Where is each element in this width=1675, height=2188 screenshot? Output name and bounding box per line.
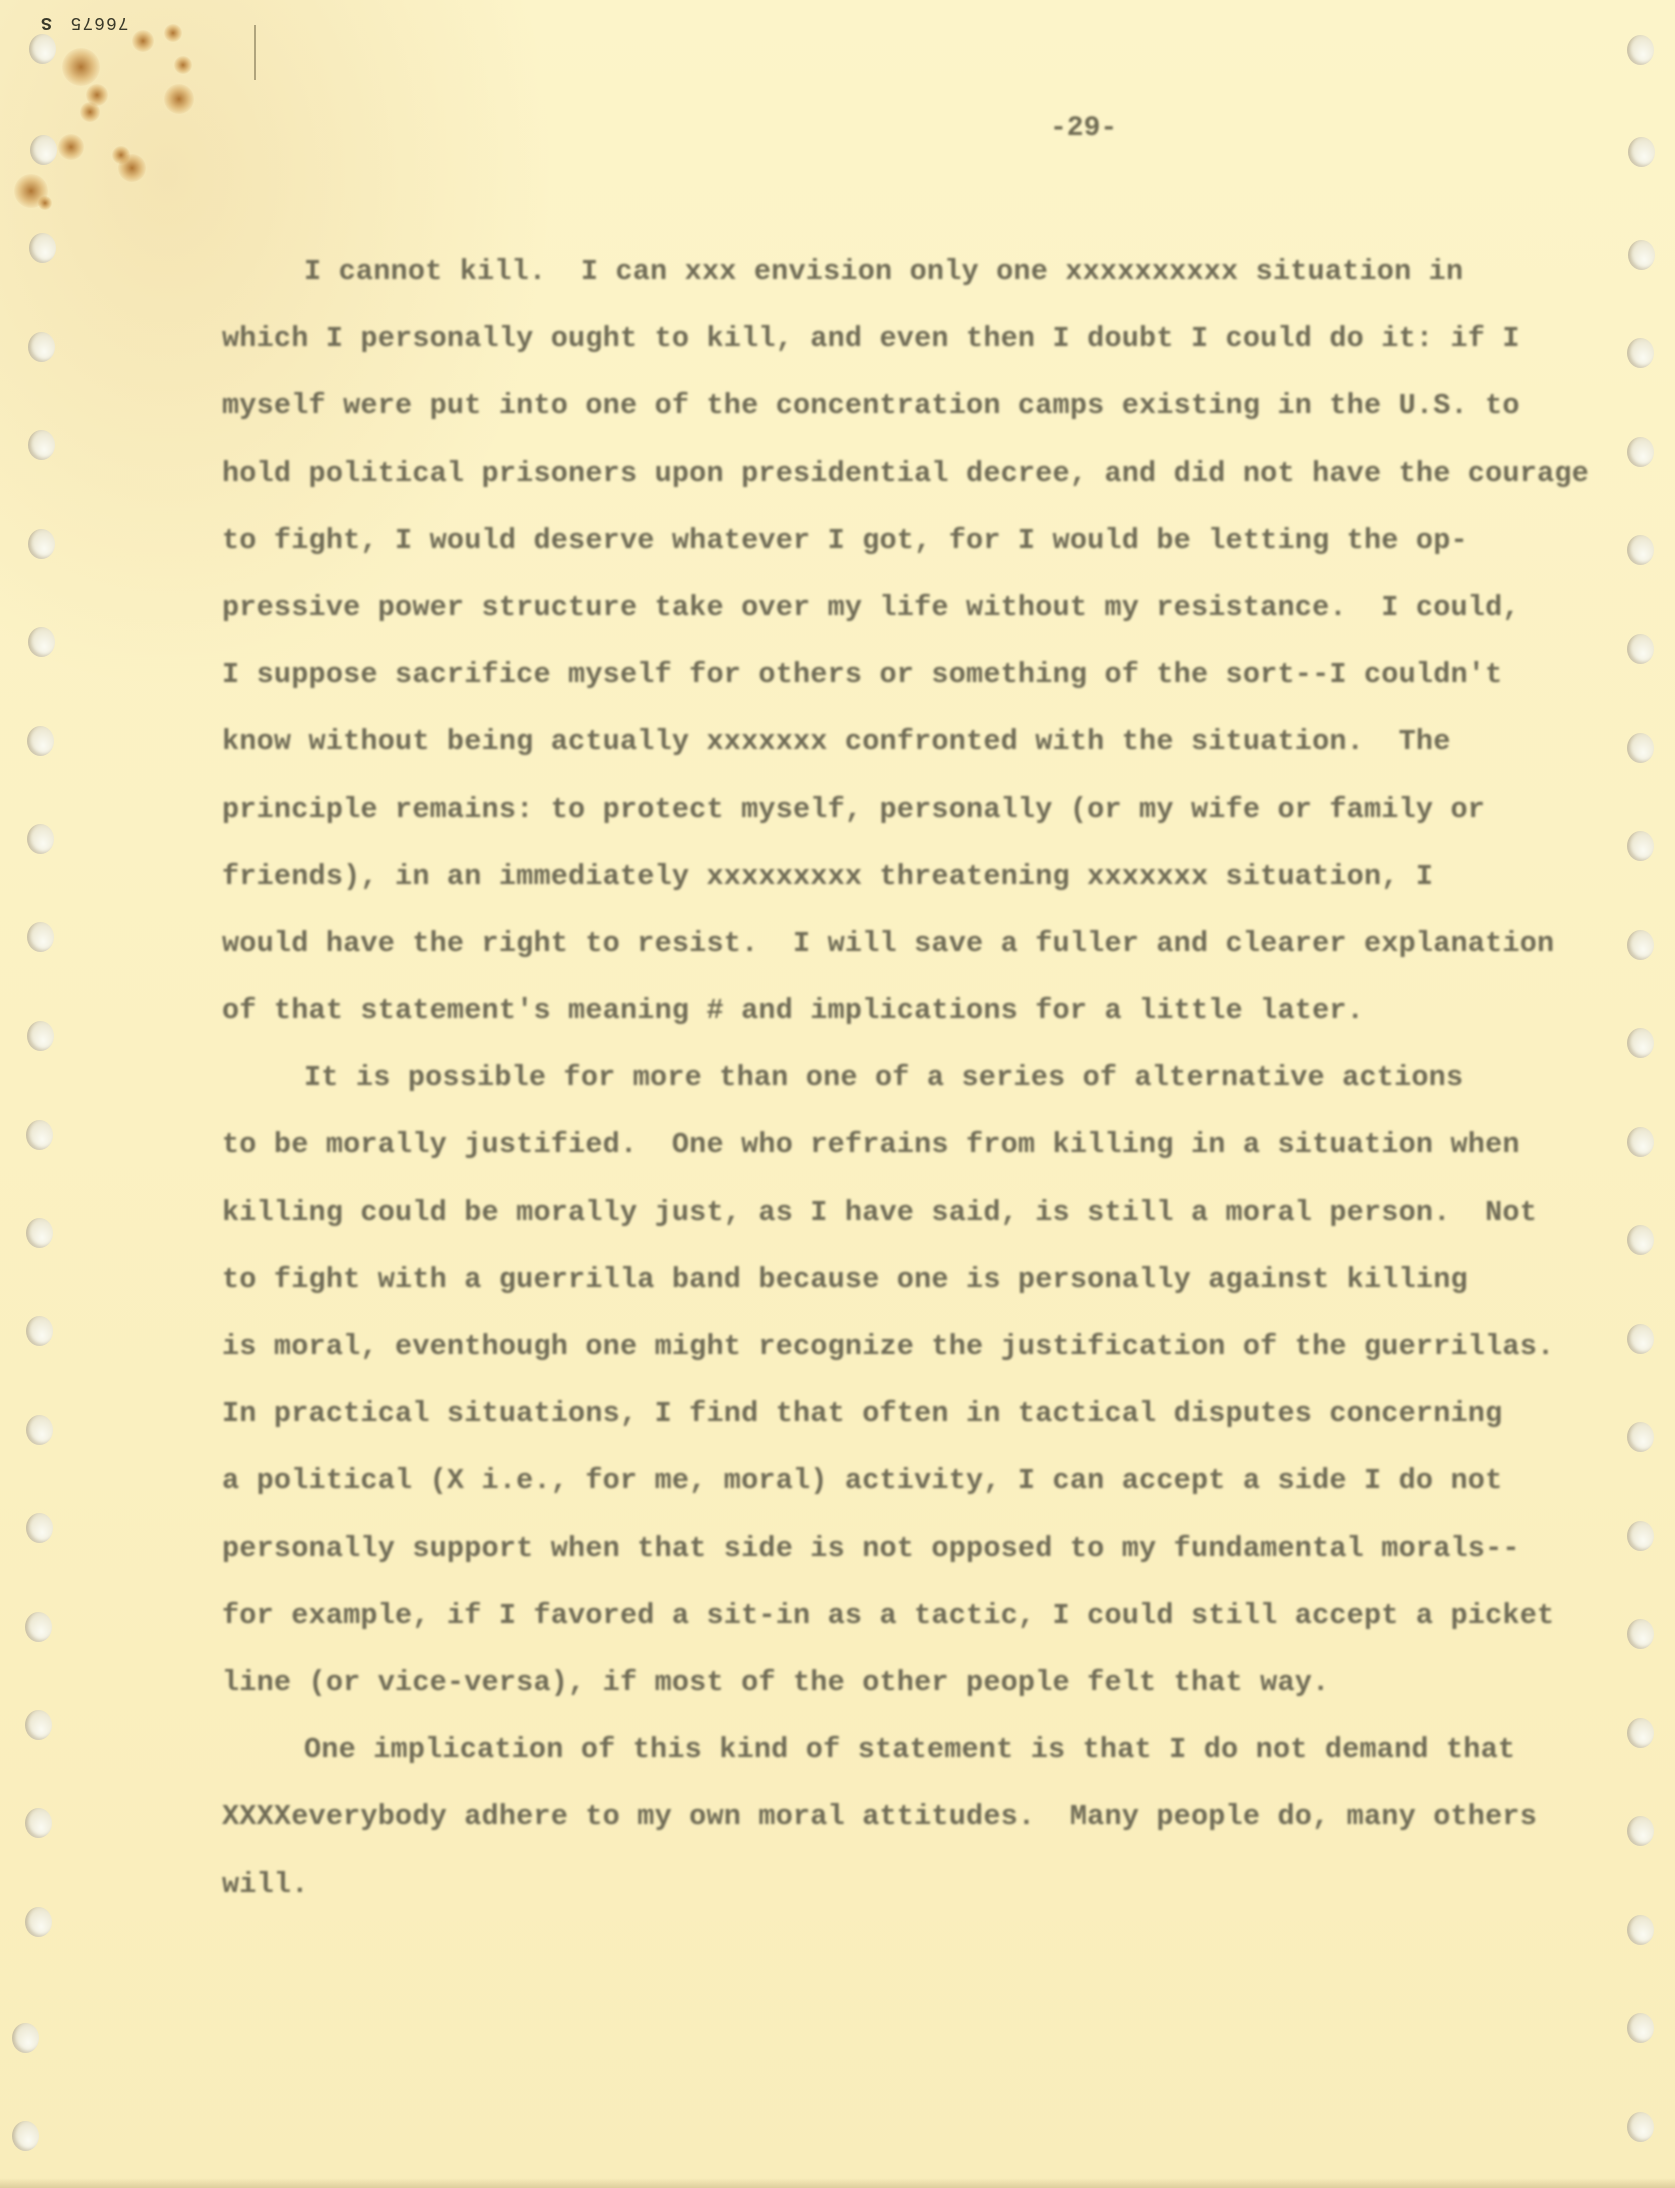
tractor-feed-hole (1627, 634, 1654, 664)
tractor-feed-hole (1628, 137, 1655, 167)
tractor-feed-hole (28, 332, 55, 362)
tractor-feed-hole (26, 1120, 53, 1150)
rust-stain (164, 84, 194, 114)
rust-stain (62, 48, 100, 86)
archive-stamp: 76675 S (40, 12, 129, 32)
tractor-feed-hole (28, 529, 55, 559)
tractor-feed-hole (27, 922, 54, 952)
tractor-feed-hole (25, 1907, 52, 1937)
text-line: know without being actually xxxxxxx conf… (222, 708, 1552, 775)
tractor-feed-hole (1627, 1422, 1654, 1452)
tractor-feed-hole (26, 1513, 53, 1543)
tractor-feed-hole (1627, 1028, 1654, 1058)
page-number: -29- (1050, 113, 1170, 144)
tractor-feed-hole (1627, 1521, 1654, 1551)
text-line: to be morally justified. One who refrain… (222, 1111, 1552, 1178)
tractor-feed-hole (25, 1808, 52, 1838)
tractor-feed-hole (30, 135, 57, 165)
text-line: hold political prisoners upon presidenti… (222, 440, 1552, 507)
text-line: I cannot kill. I can xxx envision only o… (222, 238, 1552, 305)
text-line: a political (X i.e., for me, moral) acti… (222, 1447, 1552, 1514)
tractor-feed-hole (26, 1316, 53, 1346)
tractor-feed-hole (1627, 2112, 1654, 2142)
typewritten-body: I cannot kill. I can xxx envision only o… (222, 238, 1552, 1918)
tractor-feed-hole (1628, 240, 1655, 270)
text-line: to fight, I would deserve whatever I got… (222, 507, 1552, 574)
tractor-feed-hole (1627, 2013, 1654, 2043)
tractor-feed-hole (1627, 733, 1654, 763)
rust-stain (132, 30, 154, 52)
text-line: One implication of this kind of statemen… (222, 1716, 1552, 1783)
tractor-feed-hole (1627, 338, 1654, 368)
text-line: which I personally ought to kill, and ev… (222, 305, 1552, 372)
tractor-feed-hole (1627, 1915, 1654, 1945)
rust-stain (38, 196, 52, 210)
tractor-feed-hole (27, 1021, 54, 1051)
paper-bottom-edge (0, 2178, 1675, 2188)
tractor-feed-hole (1627, 1816, 1654, 1846)
tractor-feed-hole (1627, 1324, 1654, 1354)
text-line: to fight with a guerrilla band because o… (222, 1246, 1552, 1313)
tractor-feed-hole (1627, 1718, 1654, 1748)
text-line: personally support when that side is not… (222, 1515, 1552, 1582)
text-line: myself were put into one of the concentr… (222, 372, 1552, 439)
text-line: killing could be morally just, as I have… (222, 1179, 1552, 1246)
text-line: In practical situations, I find that oft… (222, 1380, 1552, 1447)
tractor-feed-hole (1627, 1127, 1654, 1157)
text-line: principle remains: to protect myself, pe… (222, 776, 1552, 843)
tractor-feed-hole (1627, 1225, 1654, 1255)
tractor-feed-hole (1627, 1619, 1654, 1649)
rust-stain (164, 24, 182, 42)
text-line: friends), in an immediately xxxxxxxxx th… (222, 843, 1552, 910)
tractor-feed-hole (1627, 35, 1654, 65)
tractor-feed-hole (27, 726, 54, 756)
typewritten-page: 76675 S (0, 0, 1675, 2188)
tractor-feed-hole (27, 824, 54, 854)
tractor-feed-hole (29, 233, 56, 263)
text-line: for example, if I favored a sit-in as a … (222, 1582, 1552, 1649)
tractor-feed-hole (28, 627, 55, 657)
rust-stain (58, 134, 84, 160)
tractor-feed-hole (1627, 437, 1654, 467)
text-line: line (or vice-versa), if most of the oth… (222, 1649, 1552, 1716)
tractor-feed-hole (1627, 535, 1654, 565)
stamp-mark: S (40, 12, 52, 32)
tractor-feed-hole (25, 1710, 52, 1740)
text-line: would have the right to resist. I will s… (222, 910, 1552, 977)
rust-stain (80, 102, 100, 122)
text-line: XXXXeverybody adhere to my own moral att… (222, 1783, 1552, 1850)
text-line: pressive power structure take over my li… (222, 574, 1552, 641)
tractor-feed-hole (12, 2023, 39, 2053)
tractor-feed-hole (25, 1612, 52, 1642)
pencil-mark (254, 25, 256, 80)
tractor-feed-hole (1627, 831, 1654, 861)
stamp-number: 76675 (70, 12, 129, 32)
tractor-feed-hole (26, 1415, 53, 1445)
tractor-feed-hole (28, 430, 55, 460)
tractor-feed-hole (29, 34, 56, 64)
tractor-feed-hole (26, 1218, 53, 1248)
text-line: It is possible for more than one of a se… (222, 1044, 1552, 1111)
tractor-feed-hole (12, 2121, 39, 2151)
tractor-feed-hole (1627, 930, 1654, 960)
rust-stain (118, 154, 146, 182)
text-line: is moral, eventhough one might recognize… (222, 1313, 1552, 1380)
rust-stain (174, 56, 192, 74)
text-line: will. (222, 1851, 1552, 1918)
text-line: of that statement's meaning # and implic… (222, 977, 1552, 1044)
text-line: I suppose sacrifice myself for others or… (222, 641, 1552, 708)
